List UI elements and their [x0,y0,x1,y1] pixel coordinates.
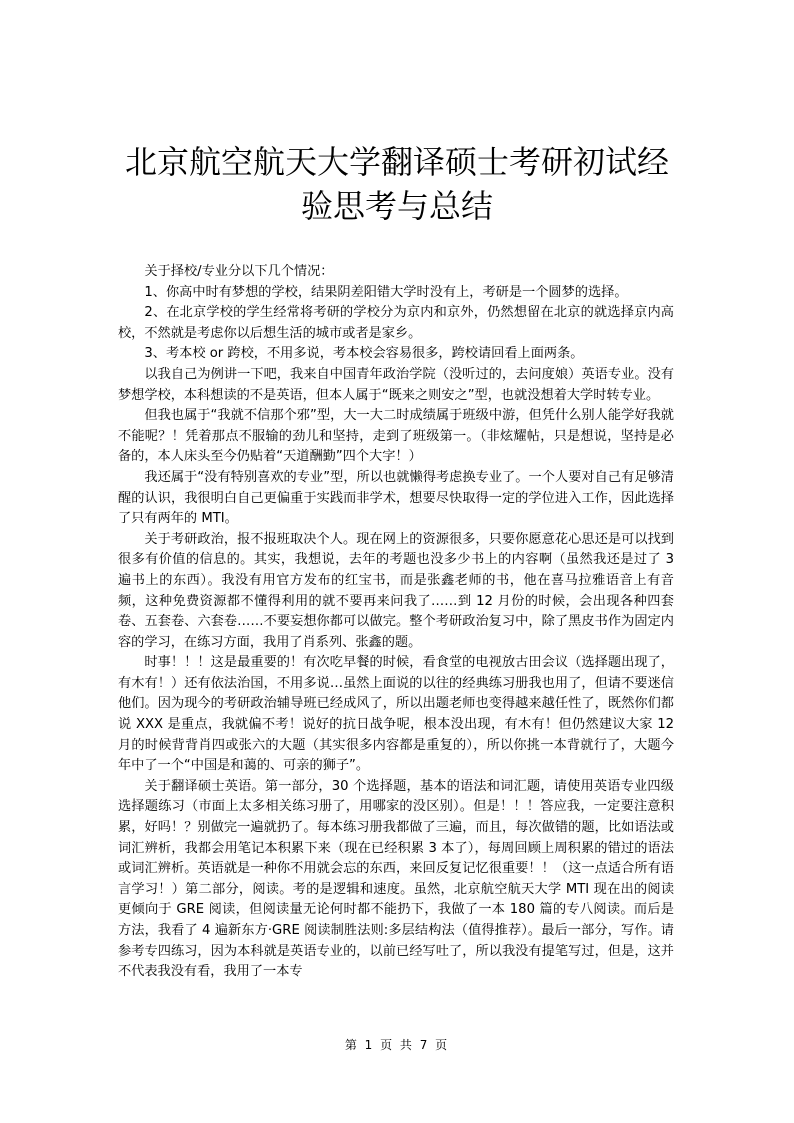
paragraph: 我还属于“没有特别喜欢的专业”型，所以也就懒得考虑换专业了。一个人要对自己有足够… [118,468,674,530]
title-line-2: 验思考与总结 [0,184,794,228]
paragraph: 以我自己为例讲一下吧，我来自中国青年政治学院（没听过的，去问度娘）英语专业。没有… [118,365,674,406]
paragraph: 关于翻译硕士英语。第一部分，30 个选择题，基本的语法和词汇题，请使用英语专业四… [118,777,674,983]
title-line-1: 北京航空航天大学翻译硕士考研初试经 [0,140,794,184]
paragraph: 2、在北京学校的学生经常将考研的学校分为京内和京外，仍然想留在北京的就选择京内高… [118,303,674,344]
document-title: 北京航空航天大学翻译硕士考研初试经 验思考与总结 [0,140,794,228]
paragraph: 3、考本校 or 跨校，不用多说，考本校会容易很多，跨校请回看上面两条。 [118,344,674,365]
paragraph: 但我也属于“我就不信那个邪”型，大一大二时成绩属于班级中游，但凭什么别人能学好我… [118,406,674,468]
paragraph: 关于择校/专业分以下几个情况： [118,262,674,283]
paragraph: 关于考研政治，报不报班取决个人。现在网上的资源很多，只要你愿意花心思还是可以找到… [118,530,674,654]
paragraph: 时事！！！这是最重要的！有次吃早餐的时候，看食堂的电视放古田会议（选择题出现了，… [118,653,674,777]
paragraph: 1、你高中时有梦想的学校，结果阴差阳错大学时没有上，考研是一个圆梦的选择。 [118,283,674,304]
document-body: 关于择校/专业分以下几个情况： 1、你高中时有梦想的学校，结果阴差阳错大学时没有… [118,262,674,983]
page-footer: 第 1 页 共 7 页 [0,1036,794,1053]
